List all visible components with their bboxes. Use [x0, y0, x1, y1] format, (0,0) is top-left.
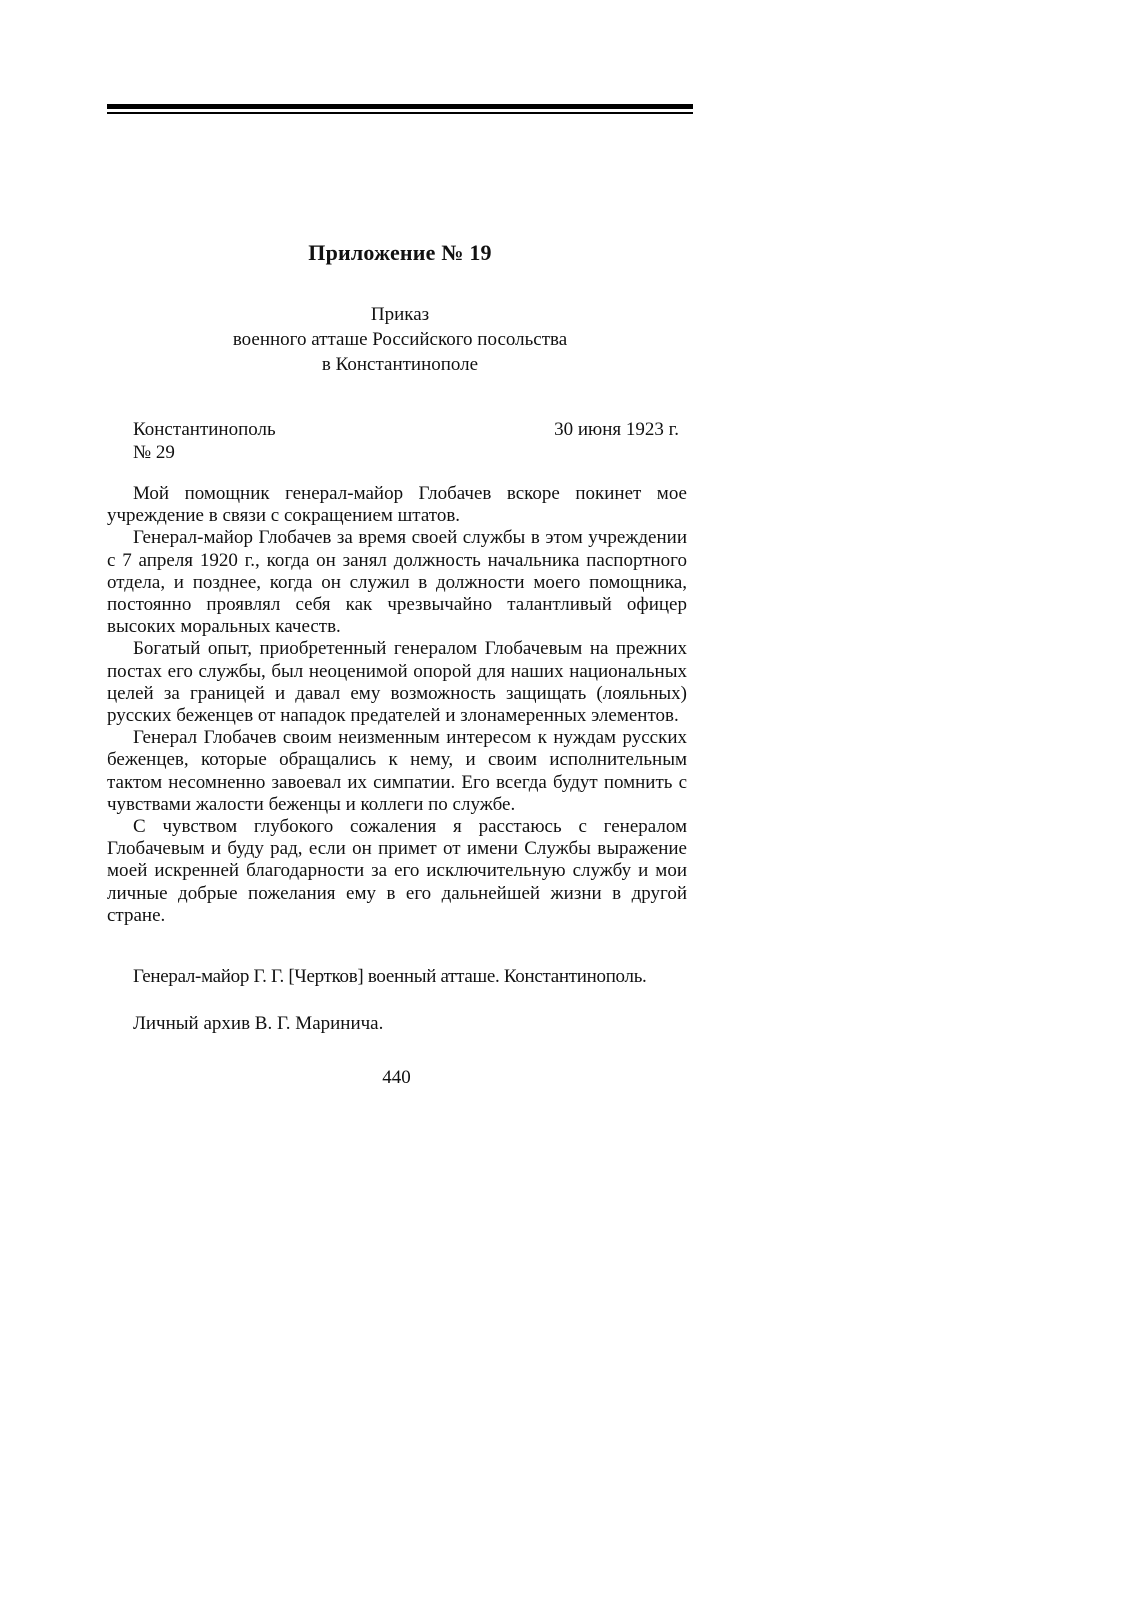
archive-source: Личный архив В. Г. Маринича. — [133, 1013, 383, 1035]
meta-date: 30 июня 1923 г. — [554, 418, 679, 441]
page-number: 440 — [0, 1067, 793, 1089]
document-body: Мой помощник генерал-майор Глобачев вско… — [107, 483, 687, 927]
order-title-line-2: военного атташе Российского посольства — [0, 327, 800, 352]
meta-place-date-row: Константинополь 30 июня 1923 г. — [133, 418, 679, 441]
document-meta: Константинополь 30 июня 1923 г. № 29 — [133, 418, 679, 464]
body-paragraph-3: Богатый опыт, приобретенный генералом Гл… — [107, 638, 687, 727]
body-paragraph-4: Генерал Глобачев своим неизменным интере… — [107, 727, 687, 816]
appendix-title: Приложение № 19 — [0, 240, 800, 266]
header-rule-thick — [107, 104, 693, 109]
body-paragraph-1: Мой помощник генерал-майор Глобачев вско… — [107, 483, 687, 527]
signature: Генерал-майор Г. Г. [Чертков] военный ат… — [133, 966, 647, 988]
order-title: Приказ военного атташе Российского посол… — [0, 302, 800, 377]
meta-number: № 29 — [133, 441, 679, 464]
body-paragraph-5: С чувством глубокого сожаления я расстаю… — [107, 816, 687, 927]
meta-place: Константинополь — [133, 418, 276, 441]
order-title-line-1: Приказ — [0, 302, 800, 327]
body-paragraph-2: Генерал-майор Глобачев за время своей сл… — [107, 527, 687, 638]
header-rule-thin — [107, 112, 693, 114]
order-title-line-3: в Константинополе — [0, 352, 800, 377]
